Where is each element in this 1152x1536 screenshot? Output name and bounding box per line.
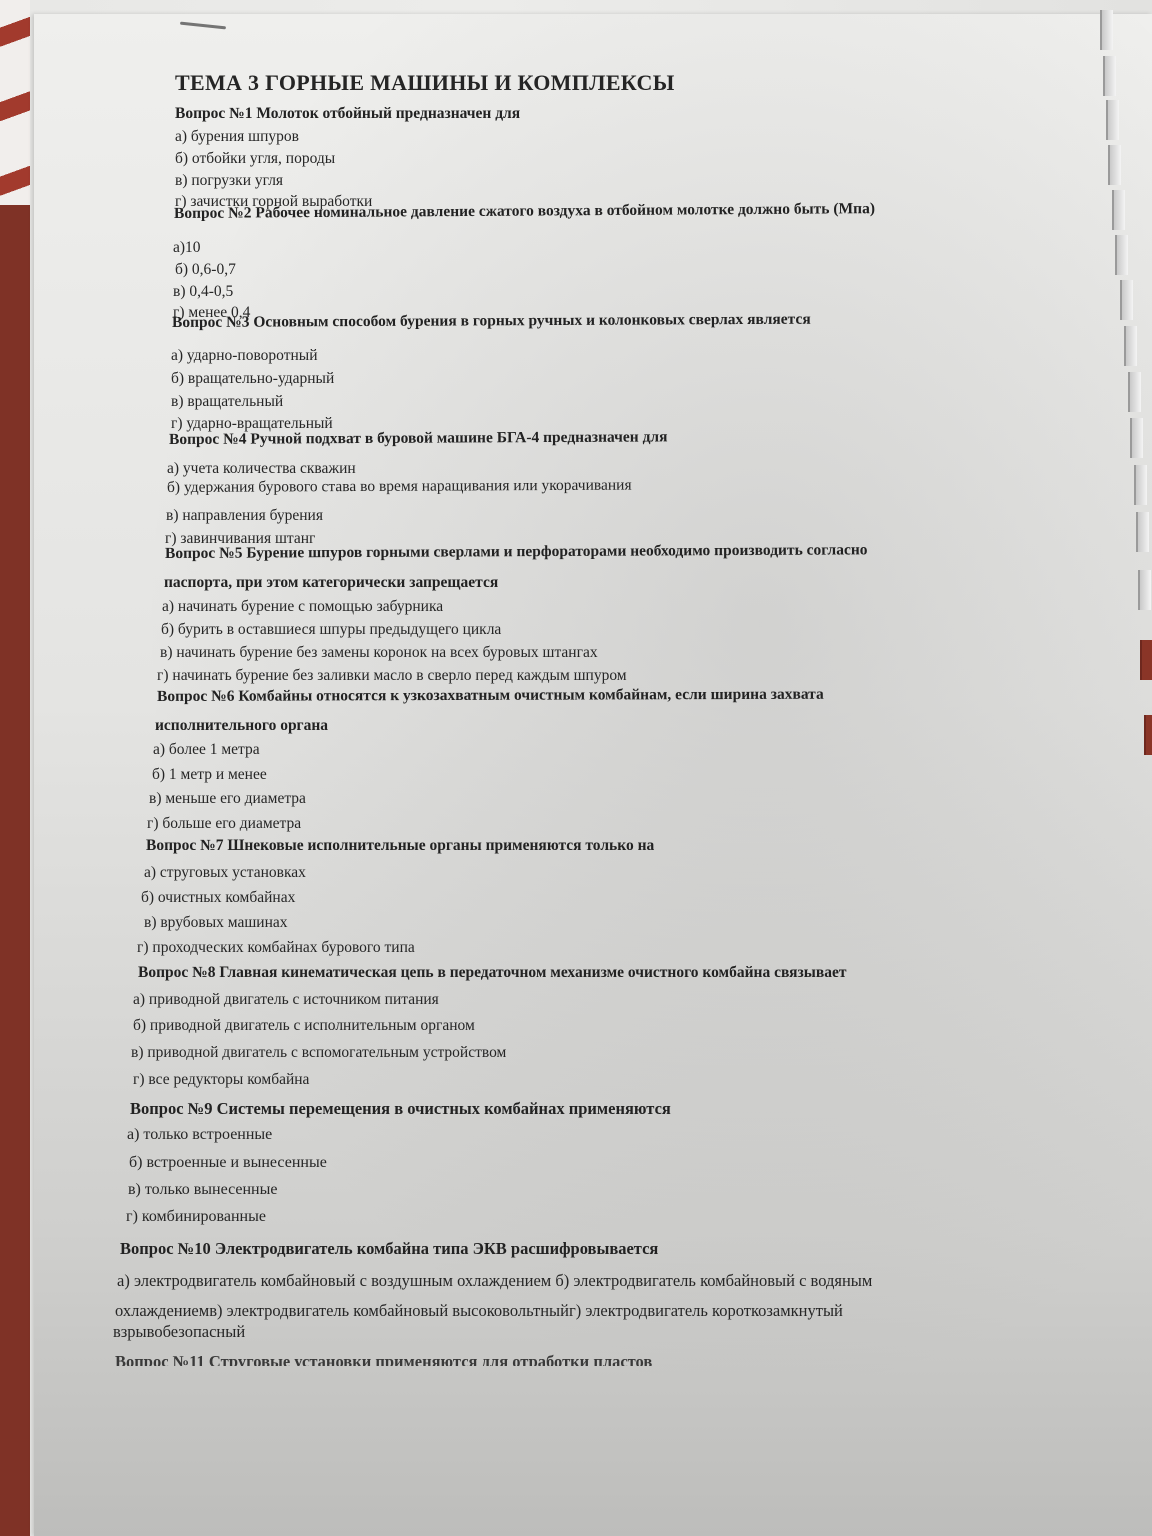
- option: г) все редукторы комбайна: [133, 1070, 309, 1090]
- option: а) только встроенные: [127, 1125, 272, 1145]
- question-5-continued: паспорта, при этом категорически запреща…: [164, 573, 498, 593]
- option: б) приводной двигатель с исполнительным …: [133, 1016, 475, 1036]
- option: б) бурить в оставшиеся шпуры предыдущего…: [161, 620, 501, 640]
- option: в) только вынесенные: [128, 1180, 277, 1200]
- option: б) отбойки угля, породы: [175, 149, 335, 169]
- question-6-continued: исполнительного органа: [155, 716, 328, 736]
- option: а) учета количества скважин: [167, 459, 356, 479]
- option: б) 1 метр и менее: [152, 765, 267, 785]
- question-11: Вопрос №11 Струговые установки применяют…: [115, 1352, 652, 1366]
- option-line: взрывобезопасный: [113, 1322, 245, 1342]
- option: в) погрузки угля: [175, 171, 283, 191]
- option: в) начинать бурение без замены коронок н…: [160, 643, 598, 663]
- option: б) вращательно-ударный: [171, 369, 334, 389]
- option: г) больше его диаметра: [147, 814, 301, 834]
- question-10: Вопрос №10 Электродвигатель комбайна тип…: [120, 1239, 658, 1259]
- option: а) более 1 метра: [153, 740, 260, 760]
- option: а) приводной двигатель с источником пита…: [133, 990, 439, 1010]
- page-title: ТЕМА 3 ГОРНЫЕ МАШИНЫ И КОМПЛЕКСЫ: [175, 70, 675, 96]
- option: г) начинать бурение без заливки масло в …: [157, 666, 627, 686]
- option: в) врубовых машинах: [144, 913, 288, 933]
- question-6: Вопрос №6 Комбайны относятся к узкозахва…: [157, 685, 824, 707]
- option-line: охлаждениемв) электродвигатель комбайнов…: [115, 1301, 843, 1321]
- option: а) начинать бурение с помощью забурника: [162, 597, 443, 617]
- question-7: Вопрос №7 Шнековые исполнительные органы…: [146, 836, 654, 856]
- question-2: Вопрос №2 Рабочее номинальное давление с…: [174, 199, 875, 224]
- option: а)10: [173, 238, 201, 258]
- question-4: Вопрос №4 Ручной подхват в буровой машин…: [169, 427, 668, 450]
- option: а) бурения шпуров: [175, 127, 299, 147]
- option: а) струговых установках: [144, 863, 306, 883]
- option: г) проходческих комбайнах бурового типа: [137, 938, 415, 958]
- option: б) очистных комбайнах: [141, 888, 295, 908]
- question-5: Вопрос №5 Бурение шпуров горными сверлам…: [165, 540, 868, 564]
- option: б) встроенные и вынесенные: [129, 1153, 327, 1173]
- option: в) меньше его диаметра: [149, 789, 306, 809]
- option: в) направления бурения: [166, 506, 323, 526]
- option: в) вращательный: [171, 392, 283, 412]
- document-content: ТЕМА 3 ГОРНЫЕ МАШИНЫ И КОМПЛЕКСЫ Вопрос …: [0, 0, 1152, 1536]
- option-line: а) электродвигатель комбайновый с воздуш…: [117, 1271, 872, 1291]
- question-9: Вопрос №9 Системы перемещения в очистных…: [130, 1099, 671, 1119]
- question-1: Вопрос №1 Молоток отбойный предназначен …: [175, 104, 520, 124]
- option: в) приводной двигатель с вспомогательным…: [131, 1043, 506, 1063]
- question-3: Вопрос №3 Основным способом бурения в го…: [172, 310, 811, 333]
- option: б) удержания бурового става во время нар…: [167, 476, 632, 498]
- option: г) комбинированные: [126, 1207, 266, 1227]
- question-8: Вопрос №8 Главная кинематическая цепь в …: [138, 963, 846, 983]
- option: б) 0,6-0,7: [175, 260, 236, 280]
- option: а) ударно-поворотный: [171, 346, 318, 366]
- option: в) 0,4-0,5: [173, 282, 233, 302]
